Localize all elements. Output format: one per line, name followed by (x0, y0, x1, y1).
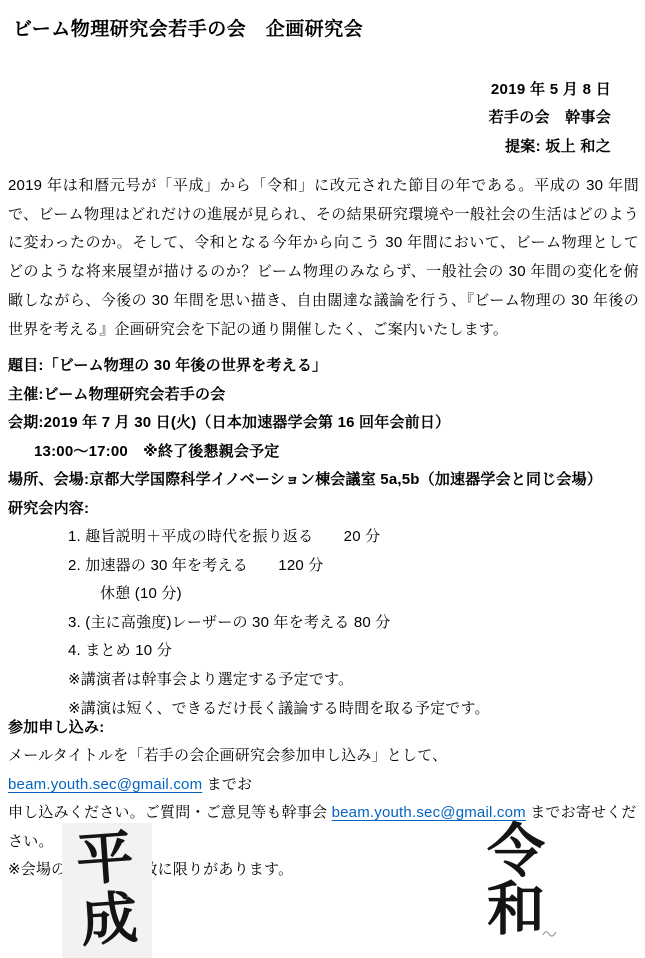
detail-subject-value: 「ビーム物理の 30 年後の世界を考える」 (44, 357, 328, 374)
calligrapher-signature-mark (542, 923, 558, 942)
email-link-1[interactable]: beam.youth.sec@gmail.com (8, 776, 202, 793)
reiwa-char-rei: 令 (468, 822, 564, 880)
application-line2-text: 申し込みください。ご質問・ご意見等も幹事会 (8, 804, 332, 821)
agenda-item-2: 2. 加速器の 30 年を考える 120 分 (8, 552, 639, 581)
detail-host-label: 主催: (8, 386, 44, 403)
detail-date: 会期:2019 年 7 月 30 日(火)（日本加速器学会第 16 回年会前日） (8, 409, 639, 438)
issue-date: 2019 年 5 月 8 日 (489, 76, 611, 104)
detail-venue-label: 場所、会場: (8, 471, 89, 488)
heisei-calligraphy: 平 成 (62, 823, 152, 958)
detail-venue: 場所、会場:京都大学国際科学イノベーション棟会議室 5a,5b（加速器学会と同じ… (8, 466, 639, 495)
detail-date-value: 2019 年 7 月 30 日(火)（日本加速器学会第 16 回年会前日） (44, 414, 451, 431)
application-line1-tail: までお (202, 776, 252, 793)
proposer: 提案: 坂上 和之 (489, 133, 611, 161)
detail-time: 13:00～17:00 ※終了後懇親会予定 (8, 438, 639, 467)
detail-host: 主催:ビーム物理研究会若手の会 (8, 381, 639, 410)
application-line-1: メールタイトルを「若手の会企画研究会参加申し込み」として、beam.youth.… (8, 742, 639, 799)
document-title: ビーム物理研究会若手の会 企画研究会 (13, 14, 363, 41)
agenda-item-1: 1. 趣旨説明＋平成の時代を振り返る 20 分 (8, 523, 639, 552)
heisei-char-hei: 平 (58, 825, 152, 892)
agenda-item-4: 4. まとめ 10 分 (8, 637, 639, 666)
reiwa-calligraphy: 令 和 (468, 822, 564, 950)
agenda-item-3: 3. (主に高強度)レーザーの 30 年を考える 80 分 (8, 609, 639, 638)
detail-venue-value: 京都大学国際科学イノベーション棟会議室 5a,5b（加速器学会と同じ会場） (89, 471, 602, 488)
detail-contents-heading: 研究会内容: (8, 495, 639, 524)
agenda-note-1: ※講演者は幹事会より選定する予定です。 (8, 666, 639, 695)
application-line1-text: メールタイトルを「若手の会企画研究会参加申し込み」として、 (8, 747, 447, 764)
issuing-body: 若手の会 幹事会 (489, 104, 611, 132)
intro-paragraph: 2019 年は和暦元号が「平成」から「令和」に改元された節目の年である。平成の … (8, 172, 639, 344)
detail-date-label: 会期: (8, 414, 44, 431)
agenda-break: 休憩 (10 分) (8, 580, 639, 609)
event-details: 題目:「ビーム物理の 30 年後の世界を考える」 主催:ビーム物理研究会若手の会… (8, 352, 639, 723)
detail-subject-label: 題目: (8, 357, 44, 374)
header-meta: 2019 年 5 月 8 日 若手の会 幹事会 提案: 坂上 和之 (489, 76, 611, 161)
heisei-character-stack: 平 成 (58, 825, 156, 953)
heisei-char-sei: 成 (62, 886, 156, 953)
detail-subject: 題目:「ビーム物理の 30 年後の世界を考える」 (8, 352, 639, 381)
application-heading: 参加申し込み: (8, 714, 639, 742)
detail-host-value: ビーム物理研究会若手の会 (44, 386, 226, 403)
